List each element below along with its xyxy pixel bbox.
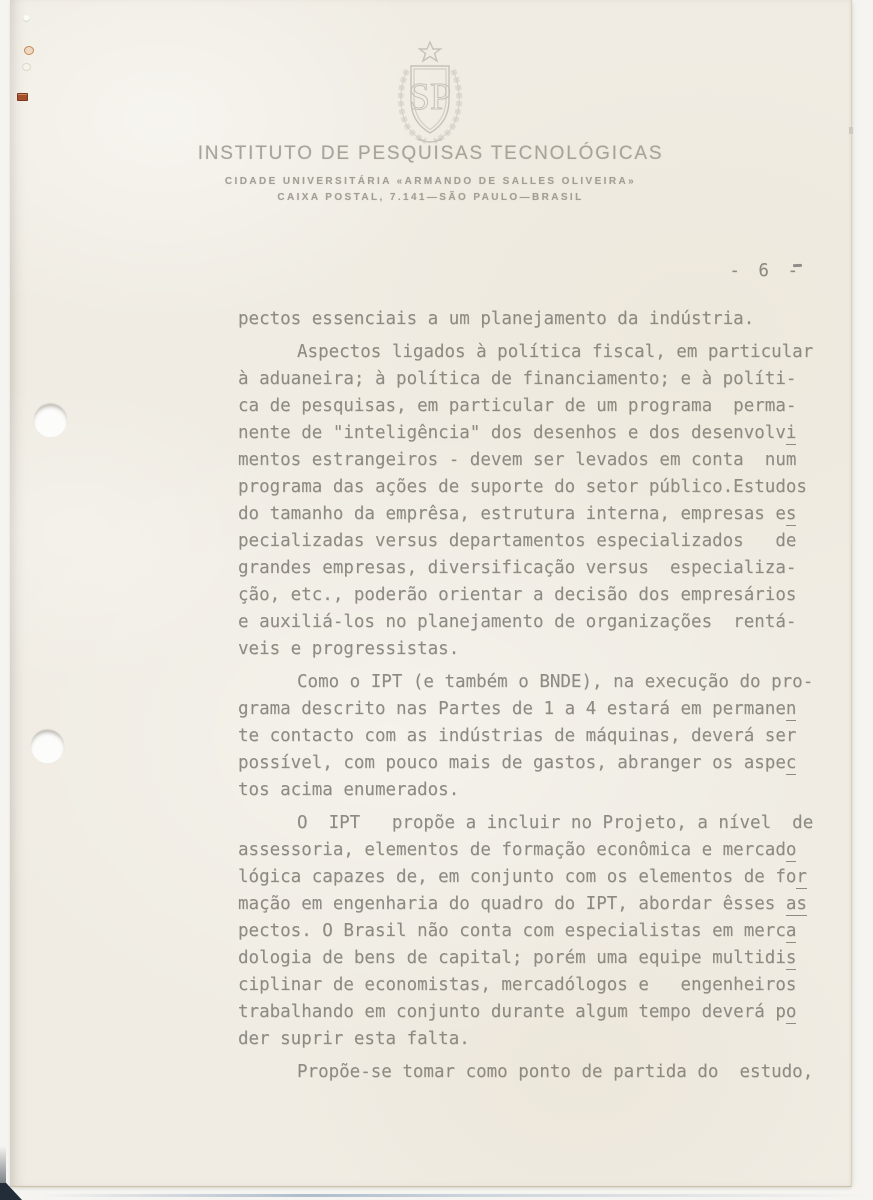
coat-of-arms-icon: SP [391,40,469,148]
hyphenation-underline: s [786,948,797,970]
hyphenation-underline: r [796,867,807,889]
text-line: ção, etc., poderão orientar a decisão do… [238,582,818,609]
hyphenation-underline: o [786,840,797,862]
text-line: der suprir esta falta. [238,1026,818,1053]
paragraph: Propõe-se tomar como ponto de partida do… [238,1059,818,1086]
text-line: pecializadas versus departamentos especi… [238,528,818,555]
text-line: grama descrito nas Partes de 1 a 4 estar… [238,696,818,723]
paragraph: O IPT propõe a incluir no Projeto, a nív… [238,810,818,1053]
pencil-mark [793,264,802,267]
hyphenation-underline: o [786,1002,797,1024]
paragraph: Como o IPT (e também o BNDE), na execuçã… [238,669,818,804]
text-line: te contacto com as indústrias de máquina… [238,723,818,750]
text-line: dologia de bens de capital; porém uma eq… [238,945,818,972]
institution-name: INSTITUTO DE PESQUISAS TECNOLÓGICAS [10,143,851,165]
rust-stain [24,46,34,55]
hyphenation-underline: c [786,753,797,775]
hyphenation-underline: a [786,921,797,943]
star-icon [420,42,441,61]
edge-notch [849,127,853,134]
text-line: programa das ações de suporte do setor p… [238,474,818,501]
text-line: à aduaneira; à política de financiamento… [238,366,818,393]
emblem-monogram: SP [409,76,451,118]
text-line: trabalhando em conjunto durante algum te… [238,999,818,1026]
text-line: nente de "inteligência" dos desenhos e d… [238,420,818,447]
text-line: lógica capazes de, em conjunto com os el… [238,864,818,891]
text-line: ciplinar de economistas, mercadólogos e … [238,972,818,999]
text-line: e auxiliá-los no planejamento de organiz… [238,609,818,636]
text-line: O IPT propõe a incluir no Projeto, a nív… [238,810,818,837]
text-line: mação em engenharia do quadro do IPT, ab… [238,891,818,918]
text-line: ca de pesquisas, em particular de um pro… [238,393,818,420]
scanned-document: { "colors": { "paper": "#f0ece3", "scann… [0,0,873,1200]
hyphenation-underline: n [786,699,797,721]
paragraph: Aspectos ligados à política fiscal, em p… [238,339,818,663]
text-line: grandes empresas, diversificação versus … [238,555,818,582]
text-line: pectos. O Brasil não conta com especiali… [238,918,818,945]
text-line: assessoria, elementos de formação econôm… [238,837,818,864]
page-number: - 6 - [10,261,802,281]
hyphenation-underline: i [786,423,797,445]
institution-address-line1: CIDADE UNIVERSITÁRIA «ARMANDO DE SALLES … [10,176,851,187]
scan-artifact-line [40,1194,873,1197]
text-line: pectos essenciais a um planejamento da i… [238,306,818,333]
institution-address-line2: CAIXA POSTAL, 7.141—SÃO PAULO—BRASIL [10,192,851,203]
hyphenation-underline: s [786,504,797,526]
paragraph: pectos essenciais a um planejamento da i… [238,306,818,333]
punch-hole-bottom [31,730,64,763]
text-line: Propõe-se tomar como ponto de partida do… [238,1059,818,1086]
text-line: possível, com pouco mais de gastos, abra… [238,750,818,777]
text-line: tos acima enumerados. [238,777,818,804]
rust-stain [17,93,28,101]
paper-speck [23,15,30,22]
document-body: pectos essenciais a um planejamento da i… [238,306,818,1086]
hyphenation-underline: as [786,894,807,916]
punch-hole-top [34,404,67,437]
paper-speck [22,63,31,71]
text-line: do tamanho da emprêsa, estrutura interna… [238,501,818,528]
text-line: mentos estrangeiros - devem ser levados … [238,447,818,474]
text-line: Como o IPT (e também o BNDE), na execuçã… [238,669,818,696]
text-line: Aspectos ligados à política fiscal, em p… [238,339,818,366]
text-line: veis e progressistas. [238,636,818,663]
